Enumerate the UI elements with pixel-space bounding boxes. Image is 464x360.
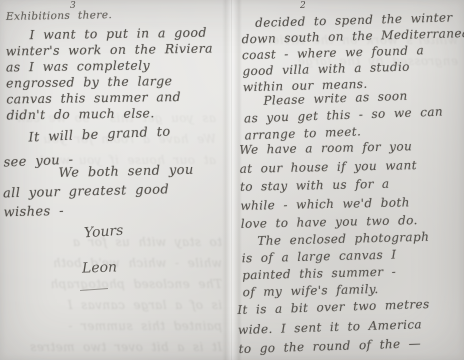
letter-photograph: as you get this - so we can We have a ro…	[0, 0, 464, 360]
letter-line: wishes -	[3, 199, 195, 223]
bleed-through-block: to stay with us for a while - which we'd…	[0, 232, 222, 358]
right-page: winter's work on the Riviera engrossed b…	[234, 0, 464, 360]
letter-line: Exhibitions there.	[6, 7, 112, 25]
signature-underline	[80, 288, 108, 291]
bleed-through-line: is of a large canvas I	[0, 295, 222, 316]
left-page: as you get this - so we can We have a ro…	[0, 0, 226, 360]
letter-paragraph: decided to spend the winter down south o…	[241, 9, 464, 96]
signature: Leon	[82, 259, 118, 276]
letter-paragraph: Please write as soon as you get this - s…	[243, 87, 444, 145]
bleed-through-line: painted this summer -	[0, 316, 222, 337]
letter-paragraph: We both send you all your greatest good …	[2, 161, 194, 223]
letter-paragraph: Exhibitions there.	[6, 7, 112, 25]
letter-line: winter's work on the Riviera	[6, 41, 213, 60]
letter-line: didn't do much else.	[6, 105, 213, 124]
letter-paragraph: The enclosed photograph is of a large ca…	[241, 229, 430, 302]
fold-crease	[231, 0, 232, 360]
letter-line: at our house if you want	[239, 156, 417, 178]
letter-paragraph: We have a room for you at our house if y…	[239, 137, 418, 233]
bleed-through-line: It is a bit over two metres	[0, 337, 222, 358]
letter-paragraph: I want to put in a good winter's work on…	[5, 25, 214, 124]
page-number: 2	[300, 1, 306, 11]
bleed-through-line: The enclosed photograph	[0, 274, 222, 295]
letter-closing: Yours	[83, 223, 123, 242]
letter-line: We both send you	[58, 161, 194, 183]
letter-paragraph: It is a bit over two metres wide. I sent…	[237, 295, 431, 360]
